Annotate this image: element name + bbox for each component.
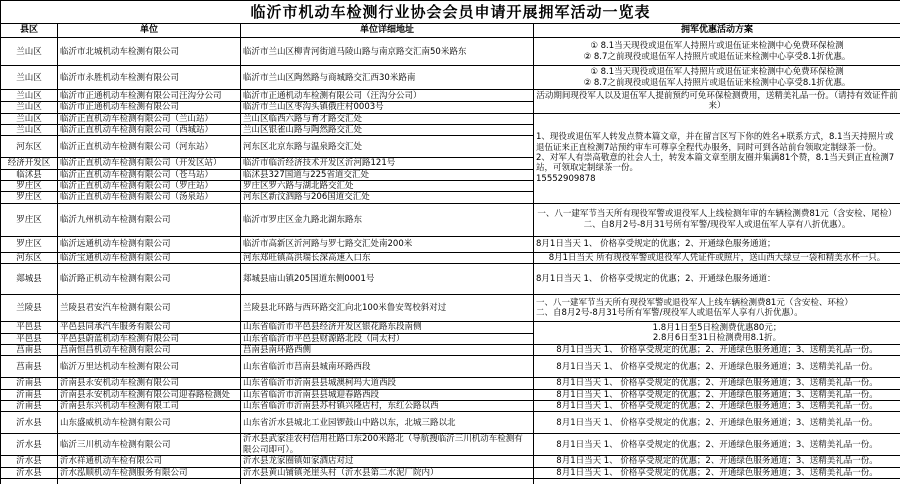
county-cell: 经济开发区 xyxy=(1,158,58,169)
plan-cell: ① 8.1当天现役或退伍军人持照片或退伍证来检测中心免费环保检测② 8.7之前现… xyxy=(534,66,900,90)
address-cell: 山东省临沂市沂南县苏村镇兴隆店村，东红公路以西 xyxy=(241,400,534,411)
address-cell: 沂水县黄山铺镇尧崖头村（沂水县第二水泥厂院内） xyxy=(241,467,534,478)
county-cell: 兰山区 xyxy=(1,90,58,102)
unit-cell: 临沂路正机动车检测有限公司 xyxy=(58,264,241,295)
unit-cell: 临沂宝通机动车检测有限公司 xyxy=(58,252,241,263)
plan-line: 8月1日当天 1、 价格享受规定的优惠；2、开通绿色服务通道；3、送精美礼品一份… xyxy=(536,468,898,478)
plan-cell: 8月1日当天 1、 价格享受规定的优惠；2、开通绿色服务通道； xyxy=(534,236,900,252)
county-cell: 沂南县 xyxy=(1,400,58,411)
plan-line: 8月1日当天 1、 价格享受规定的优惠；2、开通绿色服务通道；3、送精美礼品一份… xyxy=(536,440,898,450)
county-cell: 临沭县 xyxy=(1,169,58,180)
address-cell: 山东省临沂市莒南县城南环路西段 xyxy=(241,356,534,378)
table-row: 罗庄区临沂九州机动车检测有限公司临沂市罗庄区金九路北湖东路东一、八一建军节当天所… xyxy=(1,203,900,236)
plan-cell: 8月1日当天 1、 价格享受规定的优惠；2、开通绿色服务通道；3、送精美礼品一份… xyxy=(534,356,900,378)
union-activity-table: 临沂市机动车检测行业协会会员申请开展拥军活动一览表 县区 单位 单位详细地址 拥… xyxy=(0,0,900,484)
county-cell: 罗庄区 xyxy=(1,192,58,203)
plan-cell: 8月1日当天 所有现役军警或退役军人凭证件或照片，送山西大绿豆一袋和精美水杯一只… xyxy=(534,252,900,263)
county-cell: 兰山区 xyxy=(1,38,58,66)
plan-line: 活动期间现役军人以及退伍军人提前预约可免环保检测费用，送精美礼品一份。（请持有效… xyxy=(536,91,898,112)
unit-cell xyxy=(58,479,241,484)
county-cell: 罗庄区 xyxy=(1,236,58,252)
table-row: 沂水县山东盛威机动车检测有限公司山东省沂水县城北工业园锣鼓山中路以东，北城三路以… xyxy=(1,412,900,434)
unit-cell: 沂南县永安机动车检测有限公司 xyxy=(58,378,241,389)
table-row: 兰陵县兰陵县君安汽车检测有限公司兰陵县北环路与西环路交汇向北100米鲁安驾校斜对… xyxy=(1,295,900,322)
unit-cell: 临沂九州机动车检测有限公司 xyxy=(58,203,241,236)
plan-cell: 8月1日当天 1、 价格享受规定的优惠；2、开通绿色服务通道；3、送精美礼品一份… xyxy=(534,389,900,400)
plan-line: 8月1日当天 1、 价格享受规定的优惠；2、开通绿色服务通道；3、送精美礼品一份… xyxy=(536,456,898,466)
unit-cell: 临沂正直机动车检测有限公司（罗庄站） xyxy=(58,181,241,192)
plan-line: ② 8.7之前现役或退伍军人持照片或退伍证来检测中心享受8.1折优惠。 xyxy=(536,52,898,62)
county-cell: 沂水县 xyxy=(1,467,58,478)
county-cell: 郯城县 xyxy=(1,264,58,295)
unit-cell: 临沂正直机动车检测有限公司（兰山站） xyxy=(58,113,241,124)
address-cell: 沂水县武家洼农村信用社路口东200米路北（导航搜临沂三川机动车检测有限公司即可）… xyxy=(241,434,534,456)
plan-line: 二、自8月2号-8月31号所有军警/现役军人或退伍军人享有八折优惠）。 xyxy=(536,220,898,230)
table-row: 沂南县沂南县永安机动车检测有限公司迎春路检测处山东省临沂市沂南县县城迎春路西段8… xyxy=(1,389,900,400)
plan-line: 8月1日当天 1、 价格享受规定的优惠；2、开通绿色服务通道；3、送精美礼品一份… xyxy=(536,390,898,400)
table-row: 莒南县临沂万里达机动车检测有限公司山东省临沂市莒南县城南环路西段8月1日当天 1… xyxy=(1,356,900,378)
unit-cell: 山东盛威机动车检测有限公司 xyxy=(58,412,241,434)
column-header-county: 县区 xyxy=(1,24,58,38)
table-row: 沂水县沂水祥通机动车检有限公司沂水县龙家圈镇如家酒店对过8月1日当天 1、 价格… xyxy=(1,456,900,467)
address-cell: 河东区北京东路与温泉路交汇处 xyxy=(241,136,534,158)
county-cell: 沂水县 xyxy=(1,434,58,456)
unit-cell: 临沂万里达机动车检测有限公司 xyxy=(58,356,241,378)
plan-cell: 8月1日当天 1、 价格享受规定的优惠；2、开通绿色服务通道： xyxy=(534,264,900,295)
plan-line: 8月1日当天 1、 价格享受规定的优惠；2、开通绿色服务通道： xyxy=(536,274,898,284)
unit-cell: 沂水泓顺机动车检测服务有限公司 xyxy=(58,467,241,478)
title-row: 临沂市机动车检测行业协会会员申请开展拥军活动一览表 xyxy=(1,1,900,24)
plan-line: ① 8.1当天现役或退伍军人持照片或退伍证来检测中心免费环保检测 xyxy=(536,67,898,77)
plan-line: 一、八一建军节当天所有现役军警或退役军人上线检测年审的车辆检测费81元（含安检、… xyxy=(536,209,898,219)
table-row: 沂南县沂南县永安机动车检测有限公司山东省临沂市沂南县县城澳柯玛大道西段8月1日当… xyxy=(1,378,900,389)
county-cell: 沂南县 xyxy=(1,389,58,400)
unit-cell: 沂南县永安机动车检测有限公司迎春路检测处 xyxy=(58,389,241,400)
table-row: 沂水县沂水泓顺机动车检测服务有限公司沂水县黄山铺镇尧崖头村（沂水县第二水泥厂院内… xyxy=(1,467,900,478)
table-row: 兰山区临沂市永胜机动车检测有限公司临沂市兰山区陶然路与商城路交汇西30米路南① … xyxy=(1,66,900,90)
column-header-plan: 拥军优惠活动方案 xyxy=(534,24,900,38)
spreadsheet-page: 临沂市机动车检测行业协会会员申请开展拥军活动一览表 县区 单位 单位详细地址 拥… xyxy=(0,0,900,484)
header-row: 县区 单位 单位详细地址 拥军优惠活动方案 xyxy=(1,24,900,38)
plan-cell: 8月1日当天 1、 价格享受规定的优惠；2、开通绿色服务通道；3、送精美礼品一份… xyxy=(534,412,900,434)
table-row: 兰山区临沂市北城机动车检测有限公司临沂市兰山区柳青河街道马陵山路与南京路交汇南5… xyxy=(1,38,900,66)
county-cell: 兰陵县 xyxy=(1,295,58,322)
plan-line: 8月1日当天 所有现役军警或退役军人凭证件或照片，送山西大绿豆一袋和精美水杯一只… xyxy=(536,253,898,263)
plan-cell: 一、八一建军节当天所有现役军警或退役军人上线检测年审的车辆检测费81元（含安检、… xyxy=(534,203,900,236)
plan-line: 8月1日当天 1、 价格享受规定的优惠；2、开通绿色服务通道；3、送精美礼品一份… xyxy=(536,345,898,355)
unit-cell: 兰陵县君安汽车检测有限公司 xyxy=(58,295,241,322)
address-cell: 临沭县327国道与225省道交汇处 xyxy=(241,169,534,180)
address-cell: 山东省临沂市平邑县经济开发区银花路东段南侧 xyxy=(241,322,534,333)
address-cell: 临沂市临沂经济技术开发区沂河路121号 xyxy=(241,158,534,169)
plan-cell: 活动期间现役军人以及退伍军人提前预约可免环保检测费用，送精美礼品一份。（请持有效… xyxy=(534,90,900,113)
plan-line: 8月1日当天 1、 价格享受规定的优惠；2、开通绿色服务通道；3、送精美礼品一份… xyxy=(536,401,898,411)
table-row: 沂南县沂南县东兴机动车检测有限工司山东省临沂市沂南县苏村镇兴隆店村，东红公路以西… xyxy=(1,400,900,411)
county-cell: 沂水县 xyxy=(1,456,58,467)
plan-line: 8月1日当天 1、 价格享受规定的优惠；2、开通绿色服务通道； xyxy=(536,239,898,249)
unit-cell: 临沂市北城机动车检测有限公司 xyxy=(58,38,241,66)
table-row: 平邑县平邑县同承汽车服务有限公司山东省临沂市平邑县经济开发区银花路东段南侧1.8… xyxy=(1,322,900,333)
county-cell: 平邑县 xyxy=(1,333,58,344)
unit-cell: 沂南县东兴机动车检测有限工司 xyxy=(58,400,241,411)
county-cell: 兰山区 xyxy=(1,66,58,90)
address-cell: 山东省临沂市平邑县财源路北段（同太村） xyxy=(241,333,534,344)
plan-cell: 8月1日当天 1、 价格享受规定的优惠；2、开通绿色服务通道；3、送精美礼品一份… xyxy=(534,378,900,389)
address-cell: 莒南县南环路西侧 xyxy=(241,344,534,355)
column-header-unit: 单位 xyxy=(58,24,241,38)
county-cell: 罗庄区 xyxy=(1,203,58,236)
unit-cell: 临沂三川机动车检测有限公司 xyxy=(58,434,241,456)
address-cell: 兰陵县北环路与西环路交汇向北100米鲁安驾校斜对过 xyxy=(241,295,534,322)
county-cell xyxy=(1,479,58,484)
unit-cell: 临沂正直机动车检测有限公司（汤泉站） xyxy=(58,192,241,203)
county-cell: 沂南县 xyxy=(1,378,58,389)
table-row: 沂水县临沂三川机动车检测有限公司沂水县武家洼农村信用社路口东200米路北（导航搜… xyxy=(1,434,900,456)
table-row xyxy=(1,479,900,484)
plan-cell: 8月1日当天 1、 价格享受规定的优惠；2、开通绿色服务通道；3、送精美礼品一份… xyxy=(534,434,900,456)
plan-line: 1.8月1日至5日检测费优惠80元； xyxy=(536,323,898,333)
plan-line: 8月1日当天 1、 价格享受规定的优惠；2、开通绿色服务通道；3、送精美礼品一份… xyxy=(536,378,898,388)
plan-line: 1、现役或退伍军人转发点赞本篇文章，并在留言区写下你的姓名+联系方式，8.1当天… xyxy=(536,132,898,153)
table-row: 莒南县莒南恒昌机动车检测有限公司莒南县南环路西侧8月1日当天 1、 价格享受规定… xyxy=(1,344,900,355)
unit-cell: 莒南恒昌机动车检测有限公司 xyxy=(58,344,241,355)
address-cell: 临沂市兰山区陶然路与商城路交汇西30米路南 xyxy=(241,66,534,90)
address-cell: 罗庄区罗六路与湖北路交汇处 xyxy=(241,181,534,192)
unit-cell: 沂水祥通机动车检有限公司 xyxy=(58,456,241,467)
plan-cell: 1.8月1日至5日检测费优惠80元；2.8月6日至31日检测费用8.1折。 xyxy=(534,322,900,345)
unit-cell: 临沂正直机动车检测有限公司（开发区站） xyxy=(58,158,241,169)
county-cell: 兰山区 xyxy=(1,102,58,113)
plan-cell: ① 8.1当天现役或退伍军人持照片或退伍证来检测中心免费环保检测② 8.7之前现… xyxy=(534,38,900,66)
column-header-address: 单位详细地址 xyxy=(241,24,534,38)
plan-cell: 1、现役或退伍军人转发点赞本篇文章，并在留言区写下你的姓名+联系方式，8.1当天… xyxy=(534,113,900,203)
unit-cell: 平邑县蔚蓝机动车检测有限公司 xyxy=(58,333,241,344)
address-cell: 山东省临沂市沂南县县城澳柯玛大道西段 xyxy=(241,378,534,389)
unit-cell: 临沂正直机动车检测有限公司（苍马站） xyxy=(58,169,241,180)
address-cell: 兰山区临西六路与育才路交汇处 xyxy=(241,113,534,124)
plan-cell xyxy=(534,479,900,484)
county-cell: 兰山区 xyxy=(1,124,58,135)
address-cell: 临沂市高新区沂河路与罗七路交汇处南200米 xyxy=(241,236,534,252)
plan-cell: 8月1日当天 1、 价格享受规定的优惠；2、开通绿色服务通道；3、送精美礼品一份… xyxy=(534,400,900,411)
address-cell: 临沂市兰山区柳青河街道马陵山路与南京路交汇南50米路东 xyxy=(241,38,534,66)
address-cell: 河东郑旺镇高洪瑞长深高速入口东 xyxy=(241,252,534,263)
plan-line: 2.8月6日至31日检测费用8.1折。 xyxy=(536,333,898,343)
plan-line: ② 8.7之前现役或退伍军人持照片或退伍证来检测中心享受8.1折优惠。 xyxy=(536,78,898,88)
address-cell: 河东区新汶泗路与206国道交汇处 xyxy=(241,192,534,203)
plan-cell: 8月1日当天 1、 价格享受规定的优惠；2、开通绿色服务通道；3、送精美礼品一份… xyxy=(534,467,900,478)
table-row: 兰山区临沂正直机动车检测有限公司（兰山站）兰山区临西六路与育才路交汇处1、现役或… xyxy=(1,113,900,124)
unit-cell: 临沂市正通机动车检测有限公司汪沟分公司 xyxy=(58,90,241,102)
address-cell: 临沂市正通机动车检测有限公司（汪沟分公司） xyxy=(241,90,534,102)
county-cell: 沂水县 xyxy=(1,412,58,434)
county-cell: 河东区 xyxy=(1,252,58,263)
plan-cell: 8月1日当天 1、 价格享受规定的优惠；2、开通绿色服务通道；3、送精美礼品一份… xyxy=(534,344,900,355)
unit-cell: 临沂市正通机动车检测有限公司 xyxy=(58,102,241,113)
plan-line: 二、自8月2号-8月31号所有军警/现役军人或退伍军人享有八折优惠）。 xyxy=(536,308,898,318)
plan-cell: 一、八一建军节当天所有现役军警或退役军人上线车辆检测费81元（含安检、环检）二、… xyxy=(534,295,900,322)
plan-line: ① 8.1当天现役或退伍军人持照片或退伍证来检测中心免费环保检测 xyxy=(536,41,898,51)
plan-line: 15552909878 xyxy=(536,174,898,184)
unit-cell: 临沂远通机动车检测有限公司 xyxy=(58,236,241,252)
address-cell: 临沂市罗庄区金九路北湖东路东 xyxy=(241,203,534,236)
table-row: 罗庄区临沂远通机动车检测有限公司临沂市高新区沂河路与罗七路交汇处南200米8月1… xyxy=(1,236,900,252)
address-cell xyxy=(241,479,534,484)
plan-cell: 8月1日当天 1、 价格享受规定的优惠；2、开通绿色服务通道；3、送精美礼品一份… xyxy=(534,456,900,467)
plan-line: 8月1日当天 1、 价格享受规定的优惠；2、开通绿色服务通道；3、送精美礼品一份… xyxy=(536,362,898,372)
address-cell: 山东省沂水县城北工业园锣鼓山中路以东，北城三路以北 xyxy=(241,412,534,434)
table-row: 兰山区临沂市正通机动车检测有限公司汪沟分公司临沂市正通机动车检测有限公司（汪沟分… xyxy=(1,90,900,102)
county-cell: 罗庄区 xyxy=(1,181,58,192)
county-cell: 平邑县 xyxy=(1,322,58,333)
address-cell: 兰山区银雀山路与陶然路交汇处 xyxy=(241,124,534,135)
unit-cell: 临沂正直机动车检测有限公司（河东站） xyxy=(58,136,241,158)
county-cell: 兰山区 xyxy=(1,113,58,124)
county-cell: 莒南县 xyxy=(1,344,58,355)
unit-cell: 平邑县同承汽车服务有限公司 xyxy=(58,322,241,333)
plan-line: 一、八一建军节当天所有现役军警或退役军人上线车辆检测费81元（含安检、环检） xyxy=(536,298,898,308)
unit-cell: 临沂市永胜机动车检测有限公司 xyxy=(58,66,241,90)
table-row: 郯城县临沂路正机动车检测有限公司郯城县庙山镇205国道东侧0001号8月1日当天… xyxy=(1,264,900,295)
table-body: 兰山区临沂市北城机动车检测有限公司临沂市兰山区柳青河街道马陵山路与南京路交汇南5… xyxy=(1,38,900,484)
address-cell: 山东省临沂市沂南县县城迎春路西段 xyxy=(241,389,534,400)
address-cell: 沂水县龙家圈镇如家酒店对过 xyxy=(241,456,534,467)
address-cell: 郯城县庙山镇205国道东侧0001号 xyxy=(241,264,534,295)
plan-line: 2、对军人有崇高敬意的社会人士，转发本篇文章至朋友圈并集满81个赞，8.1当天到… xyxy=(536,153,898,174)
unit-cell: 临沂正直机动车检测有限公司（西城站） xyxy=(58,124,241,135)
county-cell: 莒南县 xyxy=(1,356,58,378)
table-row: 河东区临沂宝通机动车检测有限公司河东郑旺镇高洪瑞长深高速入口东8月1日当天 所有… xyxy=(1,252,900,263)
plan-line: 8月1日当天 1、 价格享受规定的优惠；2、开通绿色服务通道；3、送精美礼品一份… xyxy=(536,418,898,428)
county-cell: 河东区 xyxy=(1,136,58,158)
address-cell: 临沂市兰山区枣沟头镇俄庄村0003号 xyxy=(241,102,534,113)
page-title: 临沂市机动车检测行业协会会员申请开展拥军活动一览表 xyxy=(1,1,900,24)
